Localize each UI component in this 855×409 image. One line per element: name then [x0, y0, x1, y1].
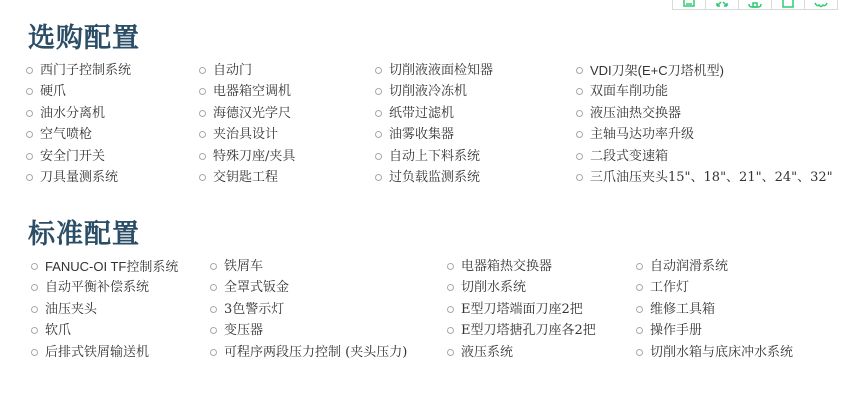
- list-item: 切削水箱与底床冲水系统: [636, 342, 793, 363]
- bullet-icon: [199, 110, 206, 117]
- standard-column-1: FANUC-OI TF控制系统 自动平衡补偿系统 油压夹头 软爪 后排式铁屑输送…: [31, 256, 178, 363]
- list-item: 双面车削功能: [576, 81, 833, 102]
- list-item: 纸带过滤机: [375, 103, 493, 124]
- list-item: 夹治具设计: [199, 124, 295, 145]
- bullet-icon: [576, 110, 583, 117]
- bullet-icon: [636, 284, 643, 291]
- bullet-icon: [210, 349, 217, 356]
- list-item: 切削液冷冻机: [375, 81, 493, 102]
- list-item: 液压系统: [447, 342, 596, 363]
- list-item: E型刀塔端面刀座2把: [447, 299, 596, 320]
- list-item: 液压油热交换器: [576, 103, 833, 124]
- bullet-icon: [447, 263, 454, 270]
- list-item: 安全门开关: [26, 146, 131, 167]
- list-item: E型刀塔搪孔刀座各2把: [447, 320, 596, 341]
- list-item: 油压夹头: [31, 299, 178, 320]
- list-item: 后排式铁屑输送机: [31, 342, 178, 363]
- bullet-icon: [636, 306, 643, 313]
- bullet-icon: [447, 327, 454, 334]
- bullet-icon: [447, 306, 454, 313]
- bullet-icon: [210, 263, 217, 270]
- list-item: 交钥匙工程: [199, 167, 295, 188]
- bullet-icon: [375, 88, 382, 95]
- list-item: 工作灯: [636, 277, 793, 298]
- bullet-icon: [447, 349, 454, 356]
- list-item: 电器箱热交换器: [447, 256, 596, 277]
- bullet-icon: [26, 131, 33, 138]
- list-item: FANUC-OI TF控制系统: [31, 256, 178, 277]
- bullet-icon: [26, 174, 33, 181]
- list-item: 切削水系统: [447, 277, 596, 298]
- bullet-icon: [375, 174, 382, 181]
- list-item: 切削液液面检知器: [375, 60, 493, 81]
- bullet-icon: [576, 174, 583, 181]
- inbox-icon: [682, 0, 696, 8]
- bullet-icon: [636, 349, 643, 356]
- bullet-icon: [375, 67, 382, 74]
- list-item: 二段式变速箱: [576, 146, 833, 167]
- list-item: 过负载监测系统: [375, 167, 493, 188]
- bullet-icon: [576, 131, 583, 138]
- window-icon: [781, 0, 795, 8]
- bullet-icon: [199, 153, 206, 160]
- bullet-icon: [375, 110, 382, 117]
- save-button[interactable]: [673, 0, 706, 9]
- list-item: 自动上下料系统: [375, 146, 493, 167]
- list-item: 硬爪: [26, 81, 131, 102]
- bullet-icon: [26, 153, 33, 160]
- bullet-icon: [199, 88, 206, 95]
- standard-config-title: 标准配置: [28, 212, 140, 251]
- bullet-icon: [31, 284, 38, 291]
- standard-column-2: 铁屑车 全罩式钣金 3色警示灯 变压器 可程序两段压力控制 (夹头压力): [210, 256, 407, 363]
- bullet-icon: [576, 67, 583, 74]
- list-item: 全罩式钣金: [210, 277, 407, 298]
- list-item: 自动门: [199, 60, 295, 81]
- optional-column-4: VDI刀架(E+C刀塔机型) 双面车削功能 液压油热交换器 主轴马达功率升级 二…: [576, 60, 833, 188]
- home-button[interactable]: [739, 0, 772, 9]
- top-toolbar: [672, 0, 838, 10]
- list-item: 变压器: [210, 320, 407, 341]
- optional-column-2: 自动门 电器箱空调机 海德汉光学尺 夹治具设计 特殊刀座/夹具 交钥匙工程: [199, 60, 295, 188]
- list-item: 特殊刀座/夹具: [199, 146, 295, 167]
- bullet-icon: [26, 88, 33, 95]
- bullet-icon: [210, 327, 217, 334]
- bullet-icon: [447, 284, 454, 291]
- list-item: 电器箱空调机: [199, 81, 295, 102]
- bullet-icon: [576, 88, 583, 95]
- bullet-icon: [210, 284, 217, 291]
- list-item: 维修工具箱: [636, 299, 793, 320]
- bullet-icon: [26, 67, 33, 74]
- expand-icon: [715, 0, 729, 8]
- list-item: 自动润滑系统: [636, 256, 793, 277]
- optional-column-1: 西门子控制系统 硬爪 油水分离机 空气喷枪 安全门开关 刀具量测系统: [26, 60, 131, 188]
- list-item: 海德汉光学尺: [199, 103, 295, 124]
- list-item: 油雾收集器: [375, 124, 493, 145]
- bullet-icon: [210, 306, 217, 313]
- list-item: 铁屑车: [210, 256, 407, 277]
- list-item: 自动平衡补偿系统: [31, 277, 178, 298]
- optional-column-3: 切削液液面检知器 切削液冷冻机 纸带过滤机 油雾收集器 自动上下料系统 过负载监…: [375, 60, 493, 188]
- list-item: 刀具量测系统: [26, 167, 131, 188]
- bullet-icon: [31, 263, 38, 270]
- list-item: 主轴马达功率升级: [576, 124, 833, 145]
- bullet-icon: [375, 131, 382, 138]
- standard-column-3: 电器箱热交换器 切削水系统 E型刀塔端面刀座2把 E型刀塔搪孔刀座各2把 液压系…: [447, 256, 596, 363]
- standard-column-4: 自动润滑系统 工作灯 维修工具箱 操作手册 切削水箱与底床冲水系统: [636, 256, 793, 363]
- list-item: 油水分离机: [26, 103, 131, 124]
- bullet-icon: [199, 174, 206, 181]
- window-button[interactable]: [772, 0, 805, 9]
- list-item: 可程序两段压力控制 (夹头压力): [210, 342, 407, 363]
- bullet-icon: [636, 263, 643, 270]
- list-item: 三爪油压夹头15"、18"、21"、24"、32": [576, 167, 833, 188]
- bullet-icon: [636, 327, 643, 334]
- list-item: 西门子控制系统: [26, 60, 131, 81]
- bullet-icon: [199, 67, 206, 74]
- list-item: 软爪: [31, 320, 178, 341]
- settings-button[interactable]: [805, 0, 837, 9]
- bullet-icon: [31, 349, 38, 356]
- list-item: 空气喷枪: [26, 124, 131, 145]
- gear-icon: [814, 0, 828, 8]
- bullet-icon: [31, 306, 38, 313]
- bullet-icon: [31, 327, 38, 334]
- bullet-icon: [375, 153, 382, 160]
- bullet-icon: [26, 110, 33, 117]
- list-item: 3色警示灯: [210, 299, 407, 320]
- fullscreen-button[interactable]: [706, 0, 739, 9]
- home-icon: [748, 0, 762, 8]
- list-item: VDI刀架(E+C刀塔机型): [576, 60, 833, 81]
- bullet-icon: [199, 131, 206, 138]
- optional-config-title: 选购配置: [28, 16, 140, 55]
- list-item: 操作手册: [636, 320, 793, 341]
- bullet-icon: [576, 153, 583, 160]
